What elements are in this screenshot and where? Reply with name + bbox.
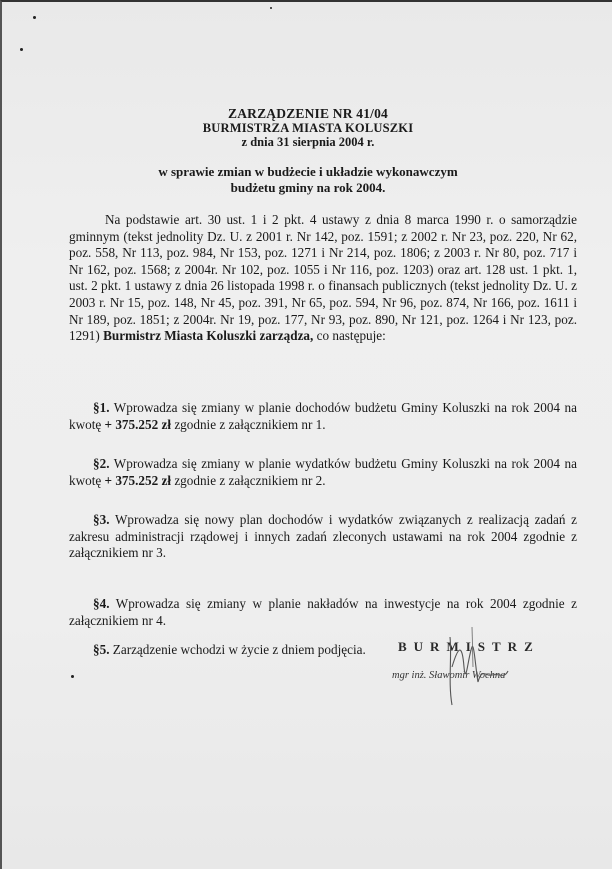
preamble: Na podstawie art. 30 ust. 1 i 2 pkt. 4 u… <box>69 212 577 345</box>
section-1: §1. Wprowadza się zmiany w planie dochod… <box>69 400 577 433</box>
subject-line-2: budżetu gminy na rok 2004. <box>2 180 612 196</box>
document-title: ZARZĄDZENIE NR 41/04 <box>2 106 612 122</box>
scan-speck <box>33 16 36 19</box>
preamble-text: Na podstawie art. 30 ust. 1 i 2 pkt. 4 u… <box>69 212 577 343</box>
handwritten-signature-icon <box>442 627 522 717</box>
section-label: §4. <box>93 596 109 611</box>
section-label: §1. <box>93 400 109 415</box>
document-date: z dnia 31 sierpnia 2004 r. <box>2 135 612 150</box>
subject-line-1: w sprawie zmian w budżecie i układzie wy… <box>2 164 612 180</box>
section-text: Wprowadza się nowy plan dochodów i wydat… <box>69 512 577 560</box>
section-2: §2. Wprowadza się zmiany w planie wydatk… <box>69 456 577 489</box>
scan-speck <box>270 7 272 9</box>
scanned-page: ZARZĄDZENIE NR 41/04 BURMISTRZA MIASTA K… <box>0 0 612 869</box>
scan-speck <box>20 48 23 51</box>
section-4: §4. Wprowadza się zmiany w planie nakład… <box>69 596 577 629</box>
section-text: Zarządzenie wchodzi w życie z dniem podj… <box>113 642 366 657</box>
preamble-tail: co następuje: <box>317 328 386 343</box>
section-amount: + 375.252 zł <box>105 473 172 488</box>
section-text-after: zgodnie z załącznikiem nr 2. <box>174 473 325 488</box>
preamble-bold: Burmistrz Miasta Koluszki zarządza, <box>103 328 313 343</box>
section-3: §3. Wprowadza się nowy plan dochodów i w… <box>69 512 577 562</box>
section-label: §3. <box>93 512 109 527</box>
document-issuer: BURMISTRZA MIASTA KOLUSZKI <box>2 121 612 136</box>
section-text: Wprowadza się zmiany w planie nakładów n… <box>69 596 577 628</box>
scan-speck <box>71 675 74 678</box>
section-label: §5. <box>93 642 109 657</box>
section-text-after: zgodnie z załącznikiem nr 1. <box>174 417 325 432</box>
document-subject: w sprawie zmian w budżecie i układzie wy… <box>2 164 612 196</box>
section-label: §2. <box>93 456 109 471</box>
section-amount: + 375.252 zł <box>105 417 172 432</box>
